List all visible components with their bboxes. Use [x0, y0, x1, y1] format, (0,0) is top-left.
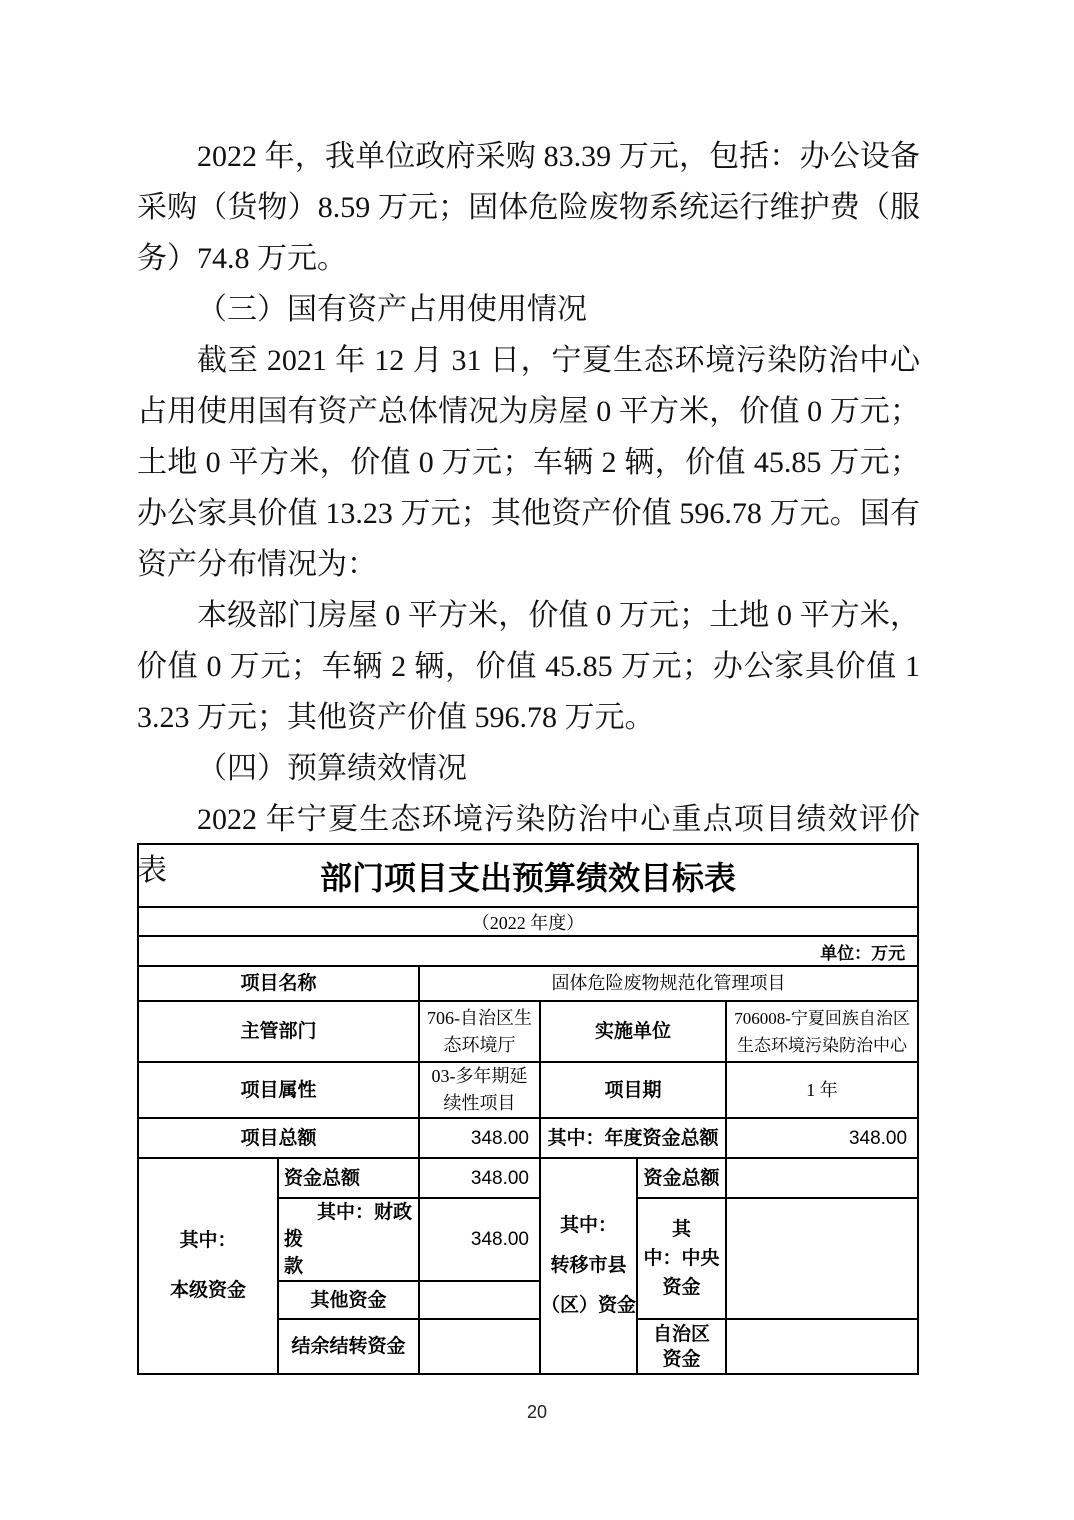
carryover-funds-value-cell [419, 1319, 540, 1374]
document-body: 2022 年，我单位政府采购 83.39 万元，包括：办公设备采购（货物）8.5… [137, 131, 920, 896]
annual-funds-value-cell: 348.00 [726, 1118, 918, 1158]
table-year-subtitle: （2022 年度） [138, 907, 918, 936]
page-number: 20 [0, 1402, 1074, 1423]
table-title: 部门项目支出预算绩效目标表 [138, 844, 918, 907]
implementing-unit-value-cell: 706008-宁夏回族自治区 生态环境污染防治中心 [726, 1001, 918, 1062]
project-attribute-value-cell: 03-多年期延 续性项目 [419, 1062, 540, 1118]
annual-funds-label-cell: 其中：年度资金总额 [540, 1118, 726, 1158]
project-total-label-cell: 项目总额 [138, 1118, 419, 1158]
paragraph-assets-overview: 截至 2021 年 12 月 31 日，宁夏生态环境污染防治中心占用使用国有资产… [137, 335, 920, 590]
regional-funds-label-cell: 自治区 资金 [637, 1319, 726, 1374]
paragraph-procurement: 2022 年，我单位政府采购 83.39 万元，包括：办公设备采购（货物）8.5… [137, 131, 920, 284]
supervising-dept-label-cell: 主管部门 [138, 1001, 419, 1062]
fiscal-appropriation-value-cell: 348.00 [419, 1198, 540, 1281]
transfer-funds-group-label-cell: 其中： 转移市县 （区）资金 [540, 1158, 637, 1374]
budget-performance-table: 部门项目支出预算绩效目标表 （2022 年度） 单位：万元 项目名称 固体危险废… [137, 843, 919, 1375]
other-funds-label-cell: 其他资金 [278, 1281, 419, 1319]
section-heading-state-assets: （三）国有资产占用使用情况 [137, 284, 920, 335]
local-funds-total-label-cell: 资金总额 [278, 1158, 419, 1198]
project-total-value-cell: 348.00 [419, 1118, 540, 1158]
project-period-value-cell: 1 年 [726, 1062, 918, 1118]
central-funds-value-cell [726, 1198, 918, 1319]
carryover-funds-label-cell: 结余结转资金 [278, 1319, 419, 1374]
supervising-dept-value-cell: 706-自治区生 态环境厅 [419, 1001, 540, 1062]
local-funds-total-value-cell: 348.00 [419, 1158, 540, 1198]
central-funds-label-cell: 其 中：中央 资金 [637, 1198, 726, 1319]
other-funds-value-cell [419, 1281, 540, 1319]
document-page: 2022 年，我单位政府采购 83.39 万元，包括：办公设备采购（货物）8.5… [0, 0, 1074, 1520]
transfer-funds-total-label-cell: 资金总额 [637, 1158, 726, 1198]
section-heading-budget-performance: （四）预算绩效情况 [137, 743, 920, 794]
local-funds-group-label-cell: 其中： 本级资金 [138, 1158, 278, 1374]
project-name-label-cell: 项目名称 [138, 966, 419, 1001]
project-attribute-label-cell: 项目属性 [138, 1062, 419, 1118]
table-unit-label: 单位：万元 [138, 936, 918, 966]
implementing-unit-label-cell: 实施单位 [540, 1001, 726, 1062]
transfer-funds-total-value-cell [726, 1158, 918, 1198]
fiscal-appropriation-label-cell: 其中：财政拨 款 [278, 1198, 419, 1281]
regional-funds-value-cell [726, 1319, 918, 1374]
project-period-label-cell: 项目期 [540, 1062, 726, 1118]
project-name-value-cell: 固体危险废物规范化管理项目 [419, 966, 918, 1001]
paragraph-assets-detail: 本级部门房屋 0 平方米，价值 0 万元；土地 0 平方米，价值 0 万元；车辆… [137, 590, 920, 743]
